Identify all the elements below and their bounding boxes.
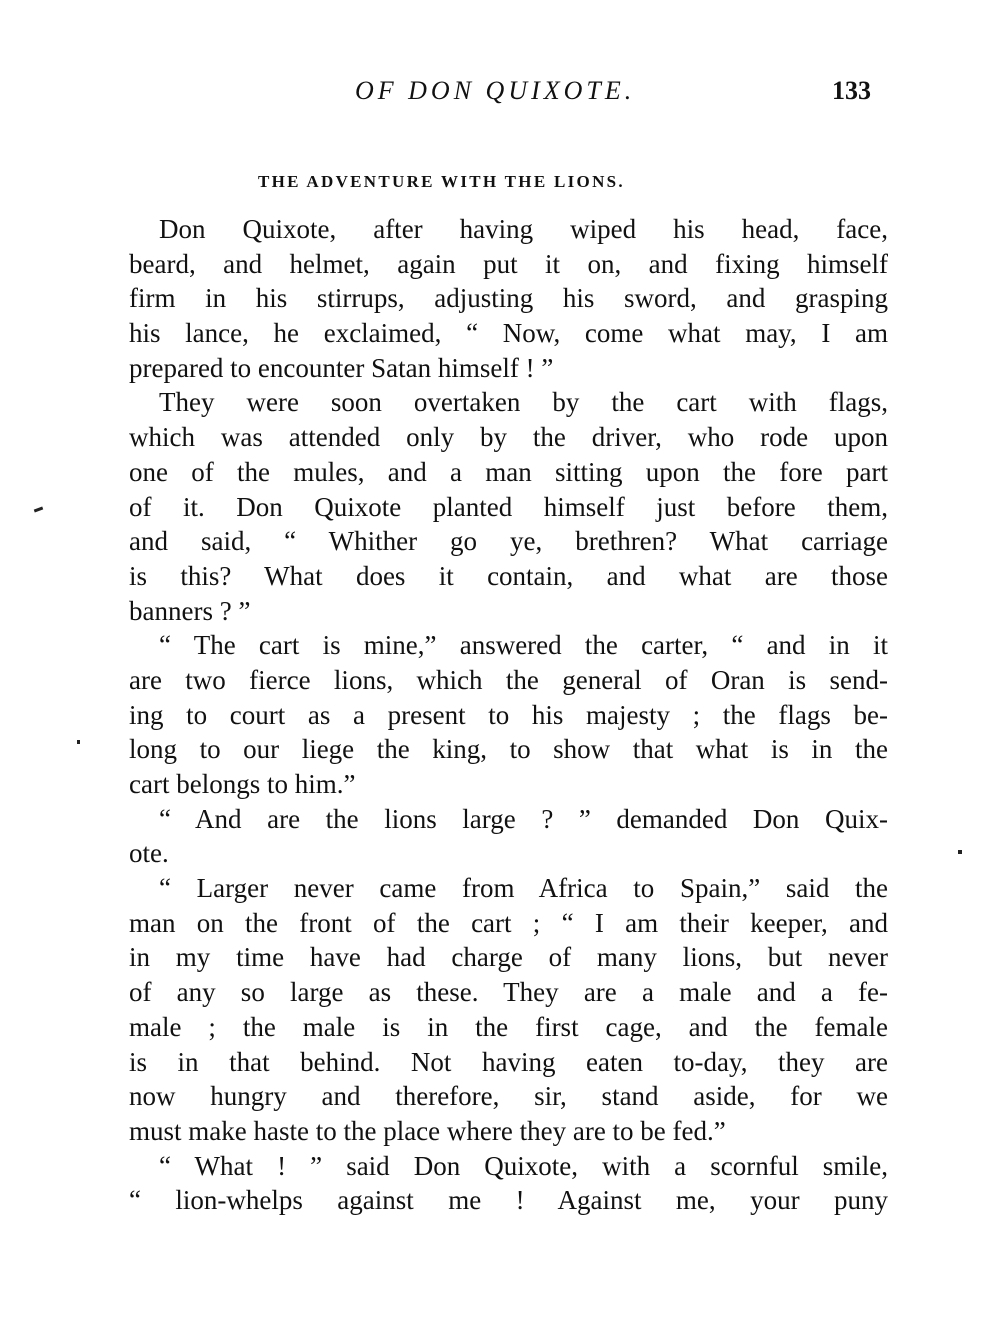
text-line: his lance, he exclaimed, “ Now, come wha… [129,316,888,351]
text-line: ing to court as a present to his majesty… [129,698,888,733]
text-line: of any so large as these. They are a mal… [129,975,888,1010]
text-line: banners ? ” [129,594,888,629]
running-head: OF DON QUIXOTE. 133 [0,76,1000,116]
text-line: cart belongs to him.” [129,767,888,802]
body-text: Don Quixote, after having wiped his head… [129,212,888,1218]
text-line: now hungry and therefore, sir, stand asi… [129,1079,888,1114]
text-line: prepared to encounter Satan himself ! ” [129,351,888,386]
text-line: man on the front of the cart ; “ I am th… [129,906,888,941]
text-line: of it. Don Quixote planted himself just … [129,490,888,525]
text-line: “ The cart is mine,” answered the carter… [129,628,888,663]
text-line: which was attended only by the driver, w… [129,420,888,455]
text-line: is this? What does it contain, and what … [129,559,888,594]
scan-speck [77,740,80,744]
text-line: long to our liege the king, to show that… [129,732,888,767]
text-line: firm in his stirrups, adjusting his swor… [129,281,888,316]
text-line: in my time have had charge of many lions… [129,940,888,975]
text-line: Don Quixote, after having wiped his head… [129,212,888,247]
text-line: “ Larger never came from Africa to Spain… [129,871,888,906]
text-line: “ What ! ” said Don Quixote, with a scor… [129,1149,888,1184]
text-line: and said, “ Whither go ye, brethren? Wha… [129,524,888,559]
running-title: OF DON QUIXOTE. [355,76,635,106]
text-line: “ lion-whelps against me ! Against me, y… [129,1183,888,1218]
section-heading: THE ADVENTURE WITH THE LIONS. [258,172,625,192]
text-line: are two fierce lions, which the general … [129,663,888,698]
text-line: male ; the male is in the first cage, an… [129,1010,888,1045]
page-number: 133 [832,76,871,106]
text-line: must make haste to the place where they … [129,1114,888,1149]
scan-speck [958,850,962,854]
text-line: beard, and helmet, again put it on, and … [129,247,888,282]
text-line: “ And are the lions large ? ” demanded D… [129,802,888,837]
scan-speck [34,507,43,513]
text-line: They were soon overtaken by the cart wit… [129,385,888,420]
text-line: is in that behind. Not having eaten to-d… [129,1045,888,1080]
text-line: ote. [129,836,888,871]
text-line: one of the mules, and a man sitting upon… [129,455,888,490]
